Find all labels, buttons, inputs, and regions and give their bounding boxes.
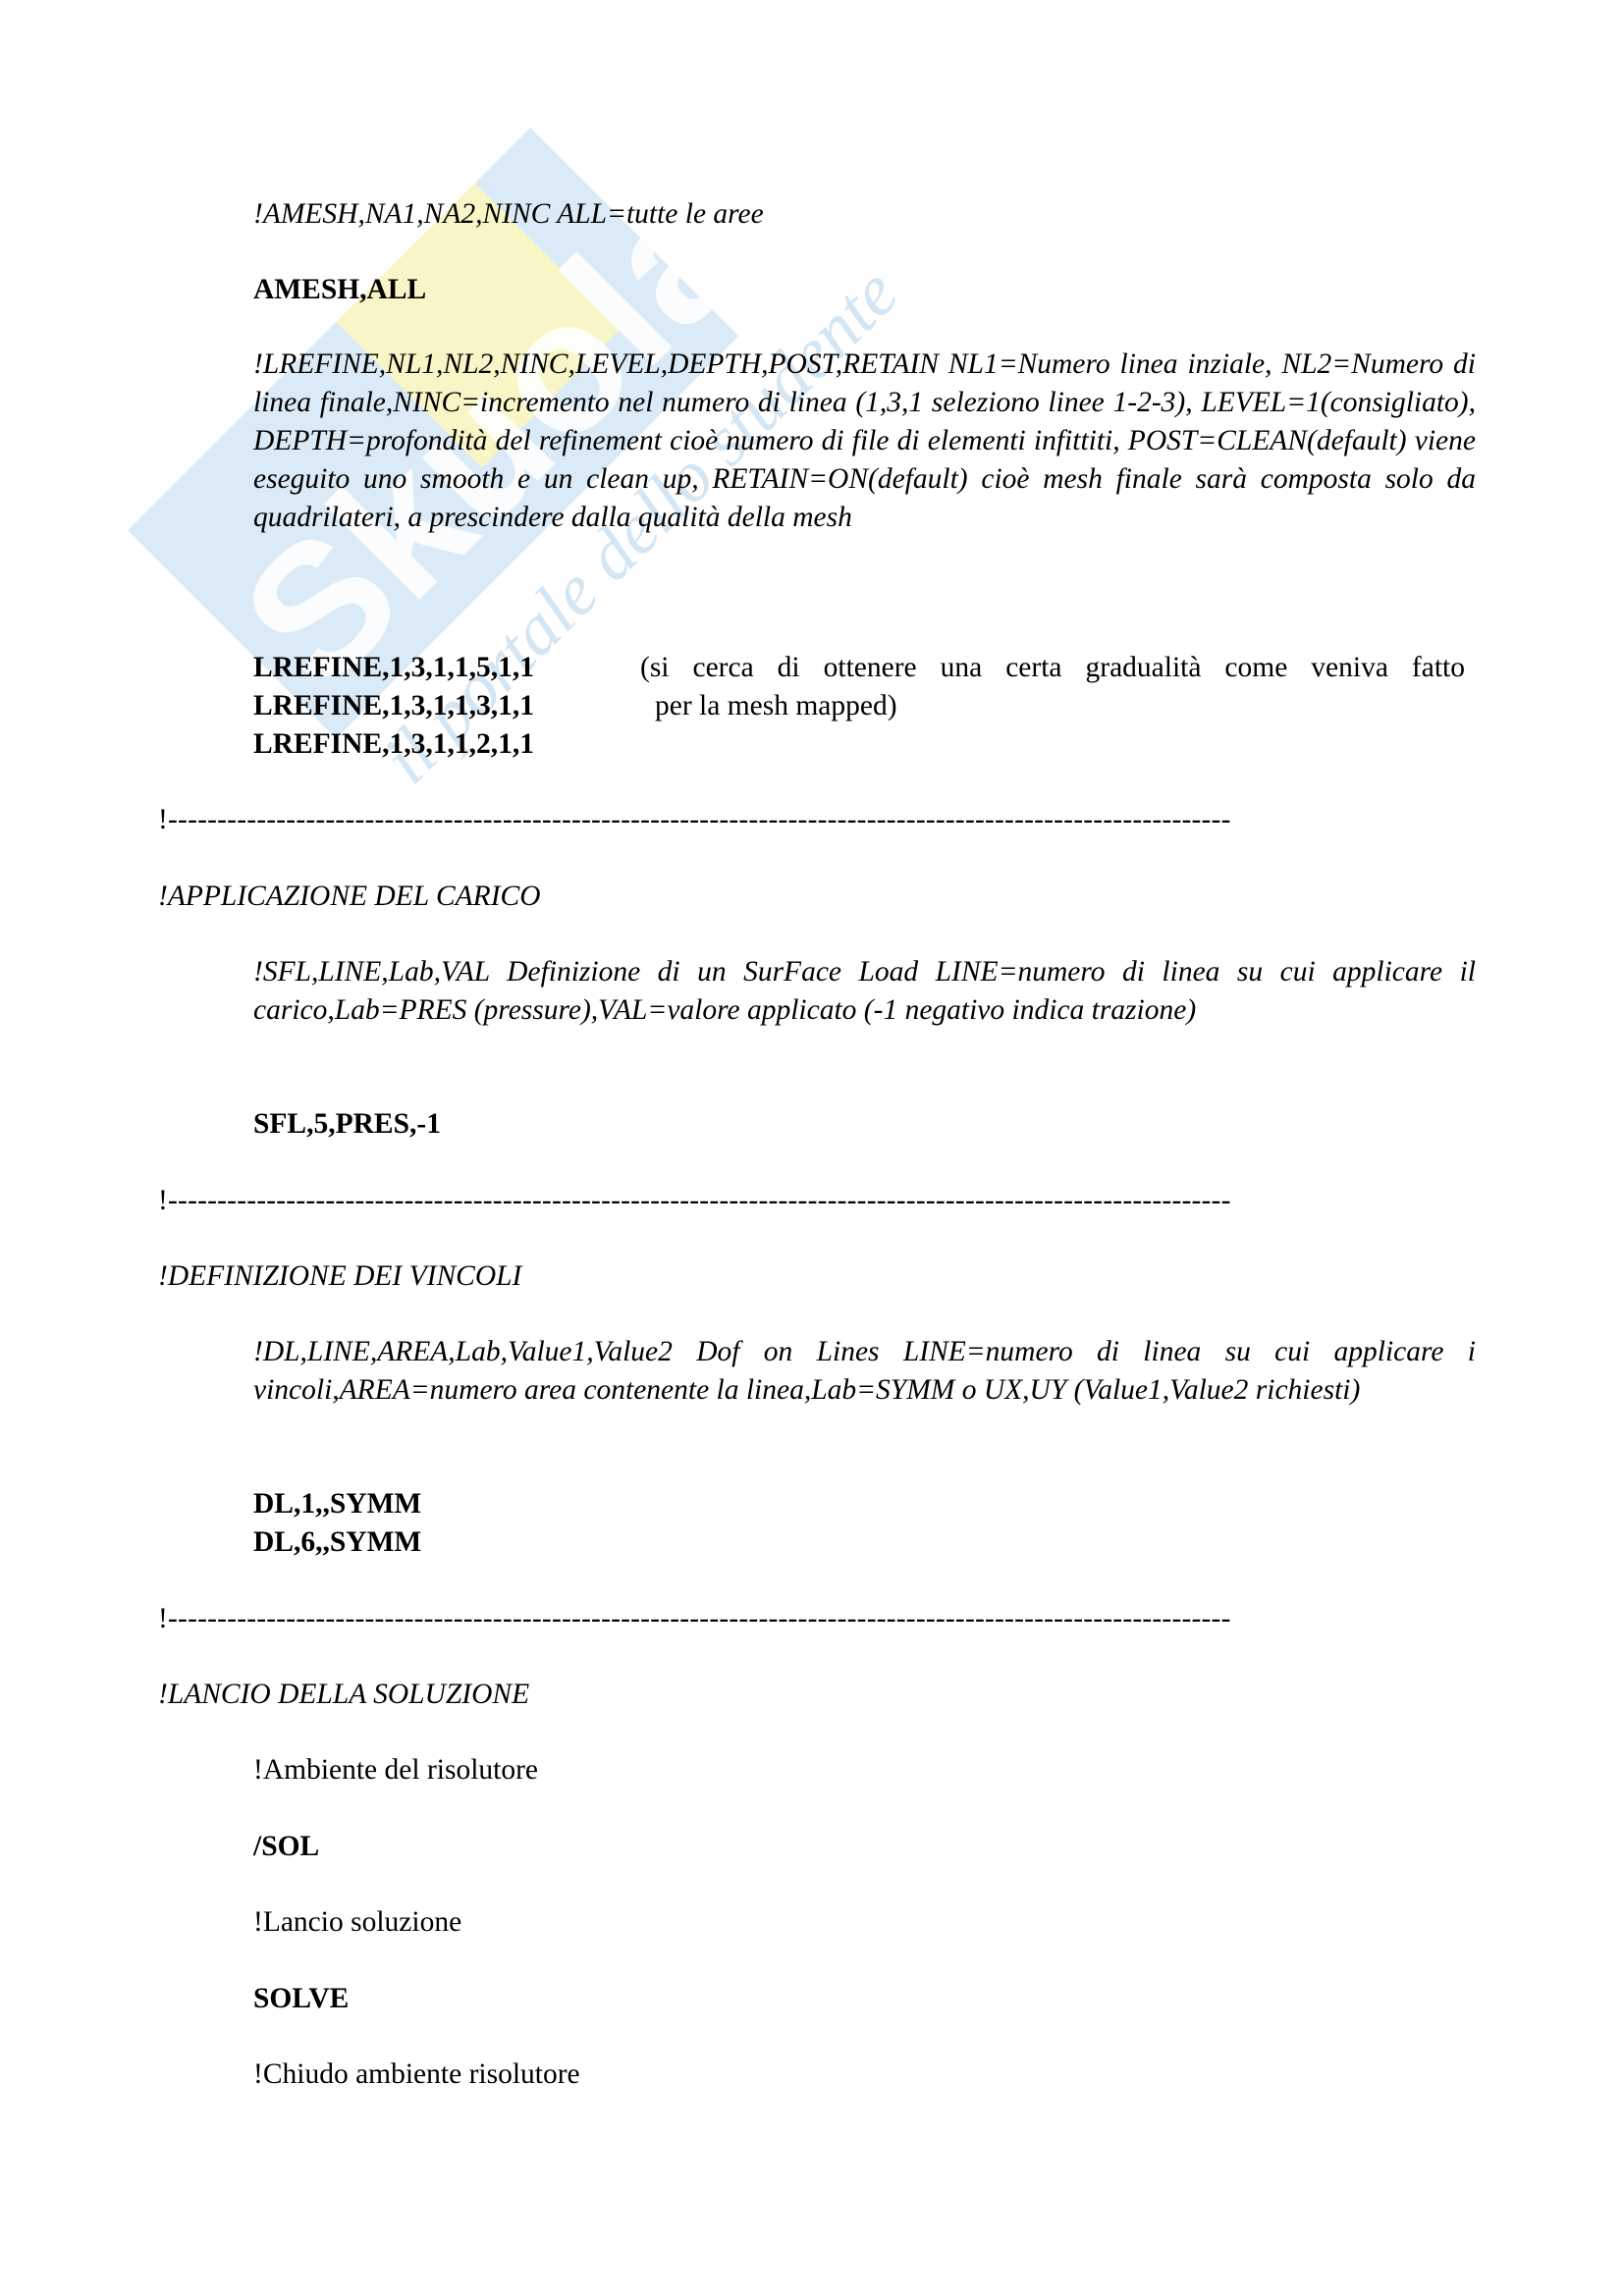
separator: !---------------------------------------… [158,1182,1231,1220]
solver-env-comment: !Ambiente del risolutore [253,1751,538,1789]
lrefine-command-1: LREFINE,1,3,1,1,5,1,1 [253,649,534,687]
lrefine-command-3: LREFINE,1,3,1,1,2,1,1 [253,725,534,764]
solve-command: SOLVE [253,1980,349,2018]
solution-heading: !LANCIO DELLA SOLUZIONE [158,1676,529,1714]
separator: !---------------------------------------… [158,1600,1231,1638]
lrefine-note-line-1: (si cerca di ottenere una certa graduali… [640,649,1465,687]
amesh-comment: !AMESH,NA1,NA2,NINC ALL=tutte le aree [253,195,764,234]
load-heading: !APPLICAZIONE DEL CARICO [158,878,541,916]
lrefine-command-2: LREFINE,1,3,1,1,3,1,1 [253,687,534,725]
lrefine-comment: !LREFINE,NL1,NL2,NINC,LEVEL,DEPTH,POST,R… [253,346,1476,537]
constraints-heading: !DEFINIZIONE DEI VINCOLI [158,1257,521,1296]
dl-command-2: DL,6,,SYMM [253,1523,421,1562]
dl-command-1: DL,1,,SYMM [253,1485,421,1523]
sfl-command: SFL,5,PRES,-1 [253,1105,441,1144]
close-env-comment: !Chiudo ambiente risolutore [253,2056,580,2094]
sol-command: /SOL [253,1828,319,1866]
amesh-command: AMESH,ALL [253,271,426,309]
separator: !---------------------------------------… [158,801,1231,839]
launch-comment: !Lancio soluzione [253,1903,461,1942]
sfl-comment: !SFL,LINE,Lab,VAL Definizione di un SurF… [253,953,1476,1030]
dl-comment: !DL,LINE,AREA,Lab,Value1,Value2 Dof on L… [253,1333,1476,1410]
skuola-watermark: Skuola.net il portale dello studente [0,0,1623,2296]
lrefine-note-line-2: per la mesh mapped) [655,687,897,725]
